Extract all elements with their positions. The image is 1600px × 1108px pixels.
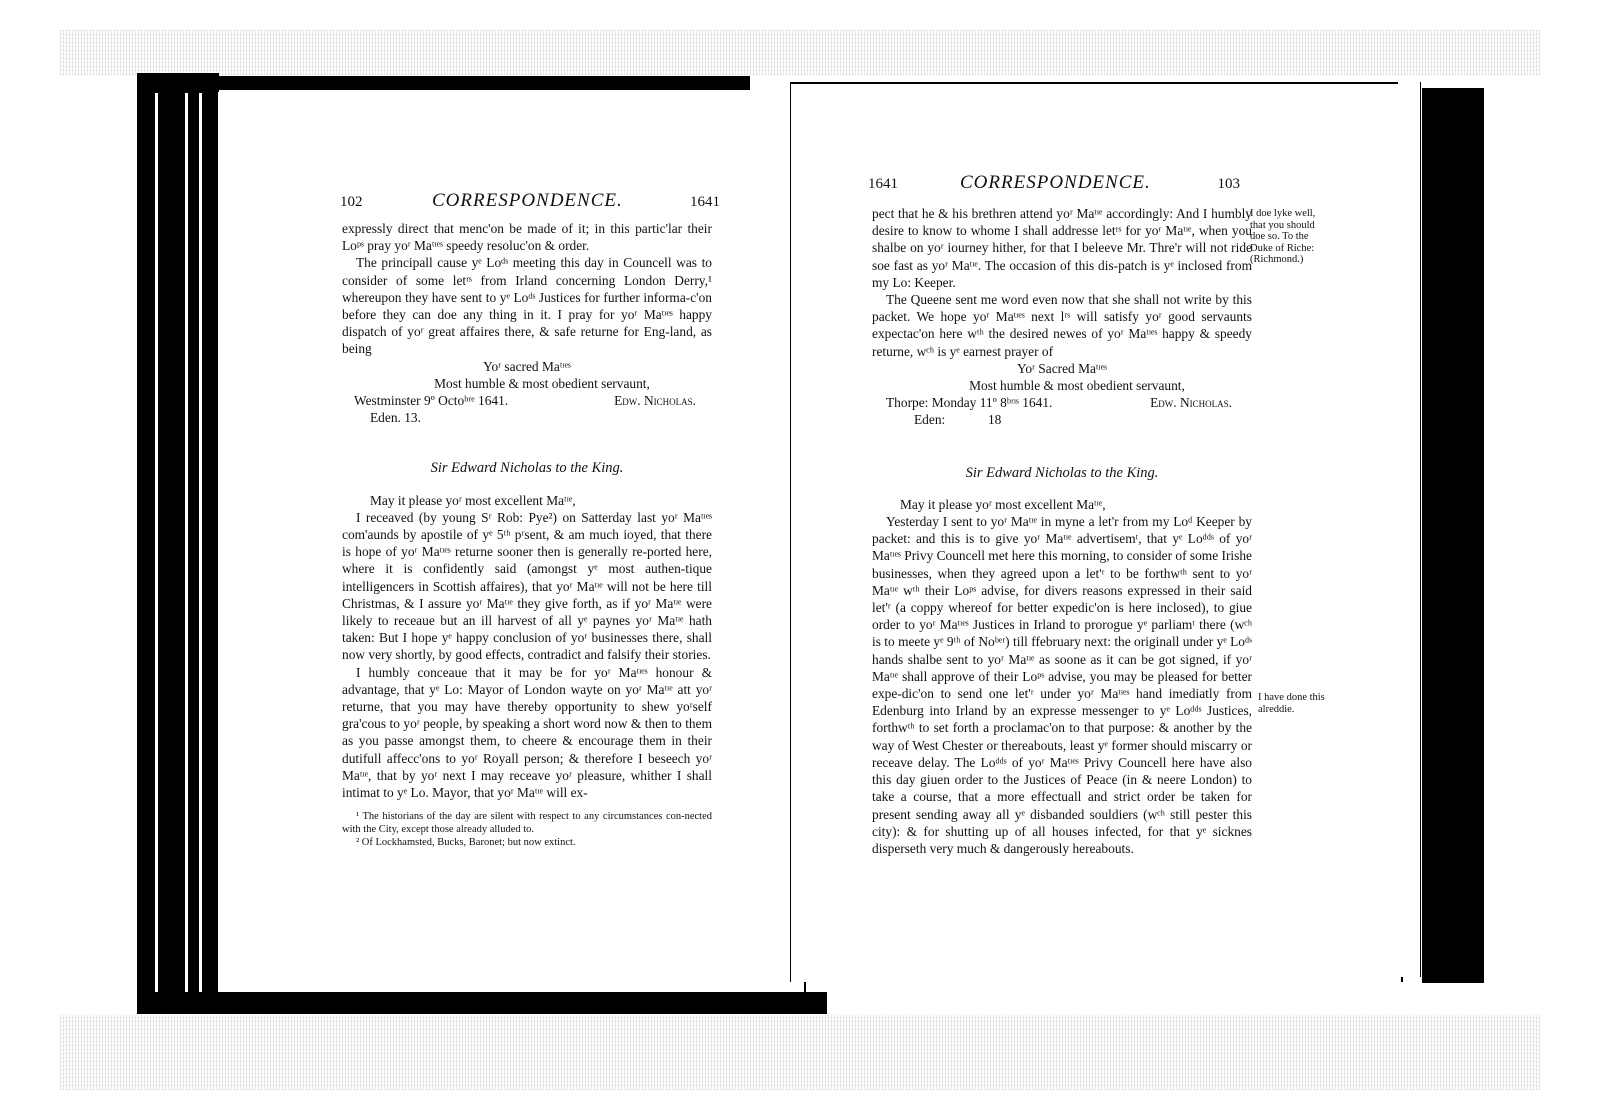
scan-background-top (60, 30, 1540, 75)
right-body-paragraph-1: Yesterday I sent to yoʳ Maᵗᶦᵉ in myne a … (872, 513, 1252, 857)
marginal-note-1: I doe lyke well, that you should doe so.… (1250, 208, 1320, 266)
right-closing-line-2: Most humble & most obedient servaunt, (872, 377, 1252, 394)
left-paragraph-continued: expressly direct that menc'on be made of… (342, 220, 712, 254)
left-page-number: 102 (340, 194, 432, 211)
right-running-head: 1641 CORRESPONDENCE. 103 (868, 172, 1240, 194)
right-paragraph: The Queene sent me word even now that sh… (872, 291, 1252, 360)
footnote-1: ¹ The historians of the day are silent w… (342, 810, 712, 836)
left-closing-line-1: Yoʳ sacred Maᵗᶦᵉˢ (342, 358, 712, 375)
left-closing-line-2: Most humble & most obedient servaunt, (342, 375, 712, 392)
footnote-2: ² Of Lockhamsted, Bucks, Baronet; but no… (342, 836, 712, 849)
right-reference-label: Eden: (914, 412, 945, 427)
left-reference: Eden. 13. (342, 409, 712, 426)
right-salutation: May it please yoʳ most excellent Maᵗᶦᵉ, (872, 496, 1252, 513)
left-signature: Edw. Nicholas. (614, 392, 696, 409)
left-signature-line: Westminster 9º Octoᵇʳᵉ 1641. Edw. Nichol… (342, 392, 712, 409)
right-year: 1641 (868, 176, 960, 193)
right-paragraph-continued: pect that he & his brethren attend yoʳ M… (872, 205, 1252, 291)
left-paragraph: The principall cause yᵉ Loᵈˢ meeting thi… (342, 254, 712, 357)
right-reference: Eden: 18 (872, 411, 1252, 428)
left-place-date: Westminster 9º Octoᵇʳᵉ 1641. (354, 392, 508, 409)
right-page-edges (1398, 82, 1421, 977)
right-reference-number: 18 (988, 412, 1001, 427)
right-signature-line: Thorpe: Monday 11º 8ᵇʳᶦˢ 1641. Edw. Nich… (872, 394, 1252, 411)
scan-background-bottom (60, 1015, 1540, 1090)
marginal-note-2: I have done this alreddie. (1258, 692, 1328, 715)
book-cover-top-edge (190, 76, 750, 90)
left-footnotes: ¹ The historians of the day are silent w… (342, 810, 712, 849)
book-cover-left-edge (137, 73, 219, 1013)
book-cover-bottom-edge (137, 992, 827, 1014)
book-cover-right-edge (1422, 88, 1484, 983)
right-page-number: 103 (1218, 176, 1241, 193)
left-salutation: May it please yoʳ most excellent Maᵗᶦᵉ, (342, 492, 712, 509)
left-letter-heading: Sir Edward Nicholas to the King. (342, 460, 712, 477)
left-body-paragraph-2: I humbly conceaue that it may be for yoʳ… (342, 664, 712, 802)
left-year: 1641 (690, 194, 720, 211)
left-running-head: 102 CORRESPONDENCE. 1641 (340, 190, 720, 212)
right-signature: Edw. Nicholas. (1150, 394, 1232, 411)
right-page-text: pect that he & his brethren attend yoʳ M… (872, 205, 1252, 857)
right-running-title: CORRESPONDENCE. (960, 172, 1218, 194)
right-closing-line-1: Yoʳ Sacred Maᵗᶦᵉˢ (872, 360, 1252, 377)
left-body-paragraph-1: I receaved (by young Sʳ Rob: Pye²) on Sa… (342, 509, 712, 664)
right-letter-heading: Sir Edward Nicholas to the King. (872, 465, 1252, 482)
right-place-date: Thorpe: Monday 11º 8ᵇʳᶦˢ 1641. (886, 394, 1052, 411)
left-running-title: CORRESPONDENCE. (432, 190, 690, 212)
left-page-text: expressly direct that menc'on be made of… (342, 220, 712, 801)
